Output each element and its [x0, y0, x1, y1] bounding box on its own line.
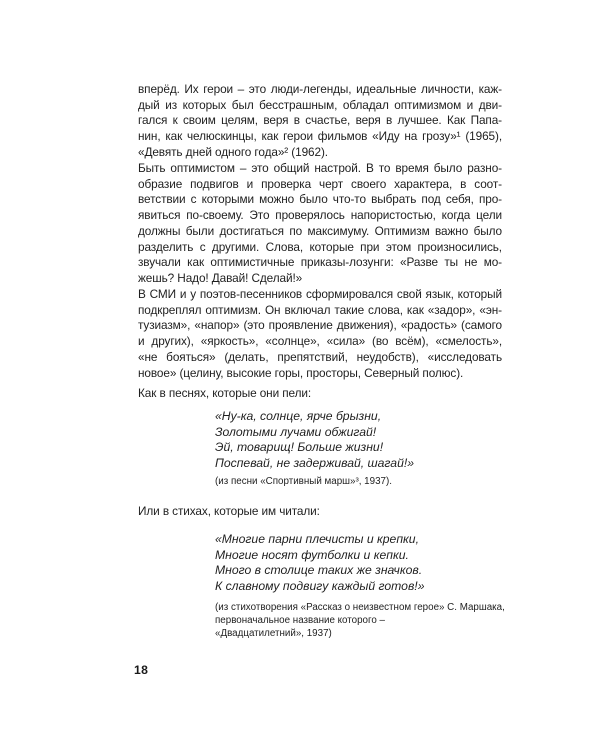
text-line: жешь? Надо! Давай! Сделай!» — [138, 271, 502, 287]
poem-source-line: (из стихотворения «Рассказ о неизвестном… — [215, 601, 579, 614]
text-line: тузиазм», «напор» (это проявление движен… — [138, 318, 502, 334]
poem-quote-line: К славному подвигу каждый готов!» — [215, 579, 579, 595]
song-quote-line: Золотыми лучами обжигай! — [215, 425, 579, 441]
poem-quote-line: Много в столице таких же значков. — [215, 563, 579, 579]
poem-source-line: первоначальное название которого – — [215, 614, 579, 627]
song-quote: «Ну-ка, солнце, ярче брызни, Золотыми лу… — [138, 409, 579, 472]
text-line: «Девять дней одного года»² (1962). — [138, 145, 502, 161]
text-line: подкреплял оптимизм. Он включал такие сл… — [138, 303, 502, 319]
poem-quote-line: Многие носят футболки и кепки. — [215, 548, 579, 564]
text-line: ветствии с которыми можно было что-то вы… — [138, 192, 502, 208]
text-line: звучали как оптимистичные приказы-лозунг… — [138, 255, 502, 271]
text-line: В СМИ и у поэтов-песенников сформировалс… — [138, 287, 502, 303]
text-line: «не бояться» (делать, препятствий, неудо… — [138, 350, 502, 366]
text-line: явиться по-своему. Это проверялось напор… — [138, 208, 502, 224]
text-line: дый из которых был бесстрашным, обладал … — [138, 98, 502, 114]
poem-lead-in: Или в стихах, которые им читали: — [138, 504, 502, 520]
book-page: вперёд. Их герои – это люди-легенды, иде… — [0, 0, 600, 750]
song-quote-line: Поспевай, не задерживай, шагай!» — [215, 456, 579, 472]
paragraph-2: Быть оптимистом – это общий настрой. В т… — [138, 161, 502, 287]
song-lead-in: Как в песнях, которые они пели: — [138, 386, 502, 402]
text-line: гался к своим целям, веря в счастье, вер… — [138, 113, 502, 129]
poem-quote-line: «Многие парни плечисты и крепки, — [215, 532, 579, 548]
song-source: (из песни «Спортивный марш»³, 1937). — [138, 475, 579, 488]
song-quote-line: Эй, товарищ! Больше жизни! — [215, 440, 579, 456]
text-line: Быть оптимистом – это общий настрой. В т… — [138, 161, 502, 177]
text-line: образие подвигов и проверка черт своего … — [138, 177, 502, 193]
paragraph-3: В СМИ и у поэтов-песенников сформировалс… — [138, 287, 502, 381]
text-line: вперёд. Их герои – это люди-легенды, иде… — [138, 82, 502, 98]
text-line: разделить с другими. Слова, которые при … — [138, 240, 502, 256]
poem-source: (из стихотворения «Рассказ о неизвестном… — [138, 601, 579, 640]
song-quote-line: «Ну-ка, солнце, ярче брызни, — [215, 409, 579, 425]
text-line: должны были достигаться по максимуму. Оп… — [138, 224, 502, 240]
poem-source-line: «Двадцатилетний», 1937) — [215, 627, 579, 640]
poem-quote: «Многие парни плечисты и крепки, Многие … — [138, 532, 579, 595]
page-number: 18 — [134, 663, 148, 677]
text-line: новое» (целину, высокие горы, просторы, … — [138, 366, 502, 382]
paragraph-1: вперёд. Их герои – это люди-легенды, иде… — [138, 82, 502, 161]
text-line: и других), «яркость», «солнце», «сила» (… — [138, 334, 502, 350]
text-line: нин, как челюскинцы, как герои фильмов «… — [138, 129, 502, 145]
